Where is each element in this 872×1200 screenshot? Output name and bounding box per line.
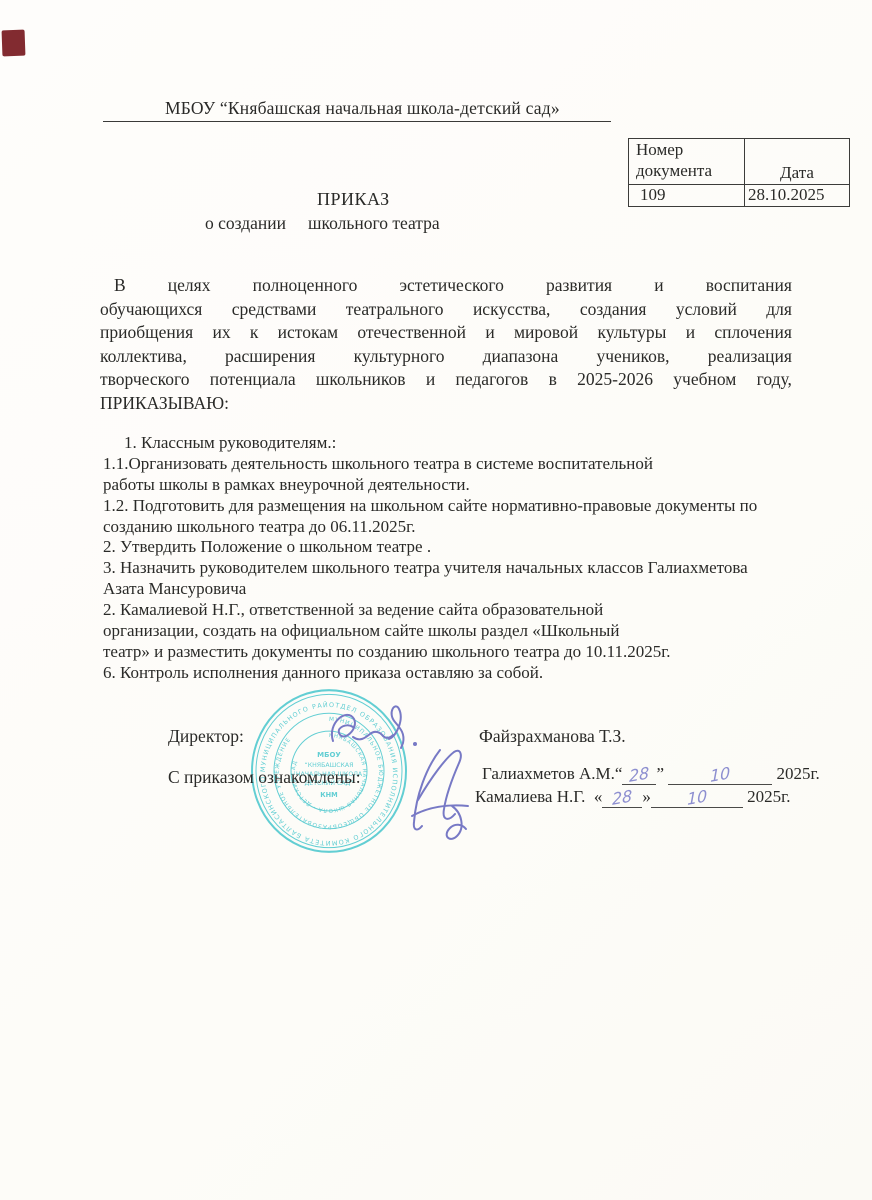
preamble-line: обучающихсясредствамитеатральногоискусст… [100,299,792,323]
preamble-final-line: ПРИКАЗЫВАЮ: [100,393,792,417]
order-line: театр» и разместить документы по создани… [103,642,817,663]
ack-line-galiakhmetov: Галиахметов А.М.“28” 10 2025г. [482,764,820,785]
doc-date-value: 28.10.2025 [745,185,850,207]
preamble-paragraph: Вцеляхполноценногоэстетическогоразвитияи… [100,275,792,417]
doc-date-header: Дата [745,139,850,185]
page-subtitle: о создании школьного театра [205,213,440,234]
ack-name-2: Камалиева Н.Г. [475,787,585,806]
handwritten-day-2: 28 [612,786,632,809]
table-value-row: 109 28.10.2025 [629,185,850,207]
doc-number-header: Номер документа [629,139,745,185]
preamble-line: приобщенияихкистокамотечественнойимирово… [100,322,792,346]
order-line: 1. Классным руководителям.: [103,433,817,454]
order-line: созданию школьного театра до 06.11.2025г… [103,517,817,538]
preamble-line: коллектива,расширениякультурногодиапазон… [100,346,792,370]
month-blank-1: 10 [668,764,772,785]
order-line: работы школы в рамках внеурочной деятель… [103,475,817,496]
ack-line-kamalieva: Камалиева Н.Г. «28»10 2025г. [475,787,790,808]
ack-year-2: 2025г. [747,787,790,806]
day-blank-1: 28 [622,764,656,785]
order-items: 1. Классным руководителям.:1.1.Организов… [103,433,817,684]
subtitle-left: о создании [205,213,286,234]
ack-name-1: Галиахметов А.М. [482,764,615,783]
preamble-line: Вцеляхполноценногоэстетическогоразвитияи… [100,275,792,299]
order-line: 1.2. Подготовить для размещения на школь… [103,496,817,517]
day-blank-2: 28 [602,787,642,808]
director-name: Файзрахманова Т.З. [479,726,626,747]
acknowledged-label: С приказом ознакомлены: [168,767,361,788]
scanned-order-document: МБОУ “Княбашская начальная школа-детский… [0,0,872,1200]
order-line: 1.1.Организовать деятельность школьного … [103,454,817,475]
doc-number-value: 109 [629,185,745,207]
order-line: организации, создать на официальном сайт… [103,621,817,642]
order-line: 3. Назначить руководителем школьного теа… [103,558,817,579]
order-line: Азата Мансуровича [103,579,817,600]
acknowledger-signature [406,742,478,844]
ack-year-1: 2025г. [777,764,820,783]
page-title: ПРИКАЗ [317,189,390,210]
preamble-line: творческогопотенциалашкольниковипедагого… [100,369,792,393]
table-header-row: Номер документа Дата [629,139,850,185]
scan-artifact-mark [2,30,26,57]
subtitle-right: школьного театра [308,213,440,234]
handwritten-day-1: 28 [629,763,649,786]
order-line: 2. Утвердить Положение о школьном театре… [103,537,817,558]
order-line: 6. Контроль исполнения данного приказа о… [103,663,817,684]
director-label: Директор: [168,726,244,747]
month-blank-2: 10 [651,787,743,808]
svg-text:КНМ: КНМ [320,791,337,799]
handwritten-month-1: 10 [710,763,730,786]
order-line: 2. Камалиевой Н.Г., ответственной за вед… [103,600,817,621]
document-meta-table: Номер документа Дата 109 28.10.2025 [628,138,850,207]
organization-header: МБОУ “Княбашская начальная школа-детский… [103,98,611,122]
handwritten-month-2: 10 [687,786,707,809]
